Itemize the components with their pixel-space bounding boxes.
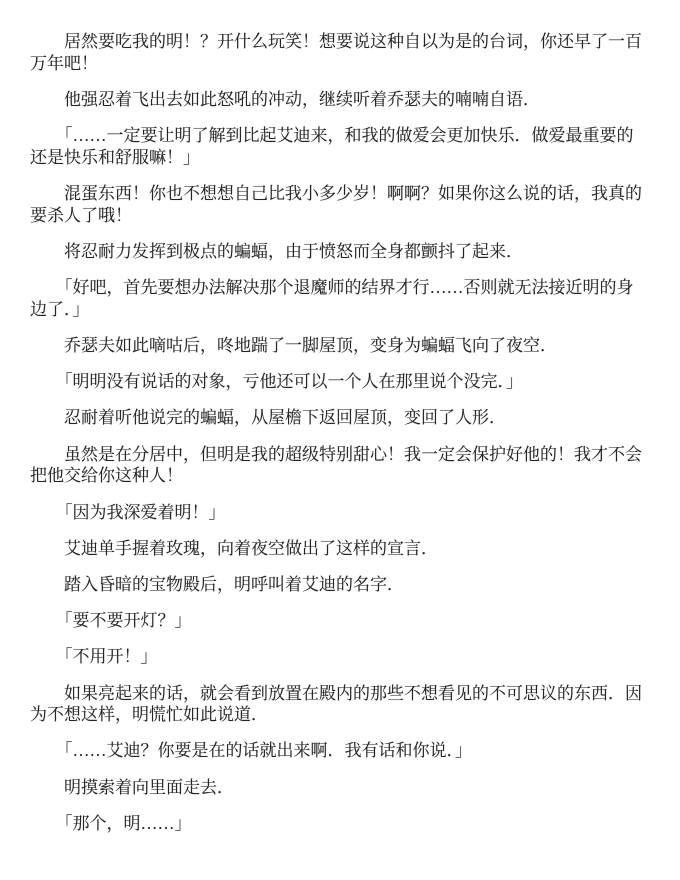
paragraph: 「因为我深爱着明！」 bbox=[30, 502, 648, 524]
paragraph: 「……艾迪？你要是在的话就出来啊．我有话和你说．」 bbox=[30, 740, 648, 762]
paragraph: 「……一定要让明了解到比起艾迪来，和我的做爱会更加快乐．做爱最重要的 还是快乐和… bbox=[30, 125, 648, 168]
text-column: 居然要吃我的明！？开什么玩笑！想要说这种自以为是的台词，你还早了一百 万年吧！ … bbox=[30, 31, 648, 835]
paragraph: 忍耐着听他说完的蝙蝠，从屋檐下返回屋顶，变回了人形． bbox=[30, 407, 648, 429]
paragraph: 将忍耐力发挥到极点的蝙蝠，由于愤怒而全身都颤抖了起来． bbox=[30, 241, 648, 263]
paragraph: 「不用开！」 bbox=[30, 646, 648, 668]
paragraph: 如果亮起来的话，就会看到放置在殿内的那些不想看见的不可思议的东西．因 为不想这样… bbox=[30, 683, 648, 726]
paragraph: 艾迪单手握着玫瑰，向着夜空做出了这样的宣言． bbox=[30, 538, 648, 560]
paragraph: 居然要吃我的明！？开什么玩笑！想要说这种自以为是的台词，你还早了一百 万年吧！ bbox=[30, 31, 648, 74]
paragraph: 他强忍着飞出去如此怒吼的冲动，继续听着乔瑟夫的喃喃自语． bbox=[30, 89, 648, 111]
paragraph: 「好吧，首先要想办法解决那个退魔师的结界才行……否则就无法接近明的身 边了．」 bbox=[30, 277, 648, 320]
paragraph: 明摸索着向里面走去． bbox=[30, 777, 648, 799]
paragraph: 踏入昏暗的宝物殿后，明呼叫着艾迪的名字． bbox=[30, 574, 648, 596]
paragraph: 「明明没有说话的对象，亏他还可以一个人在那里说个没完．」 bbox=[30, 371, 648, 393]
paragraph: 「要不要开灯？」 bbox=[30, 610, 648, 632]
paragraph: 乔瑟夫如此嘀咕后，咚地踹了一脚屋顶，变身为蝙蝠飞向了夜空． bbox=[30, 335, 648, 357]
paragraph: 混蛋东西！你也不想想自己比我小多少岁！啊啊？如果你这么说的话，我真的 要杀人了哦… bbox=[30, 183, 648, 226]
page: 居然要吃我的明！？开什么玩笑！想要说这种自以为是的台词，你还早了一百 万年吧！ … bbox=[0, 0, 680, 880]
paragraph: 「那个，明……」 bbox=[30, 813, 648, 835]
paragraph: 虽然是在分居中，但明是我的超级特别甜心！我一定会保护好他的！我才不会 把他交给你… bbox=[30, 444, 648, 487]
